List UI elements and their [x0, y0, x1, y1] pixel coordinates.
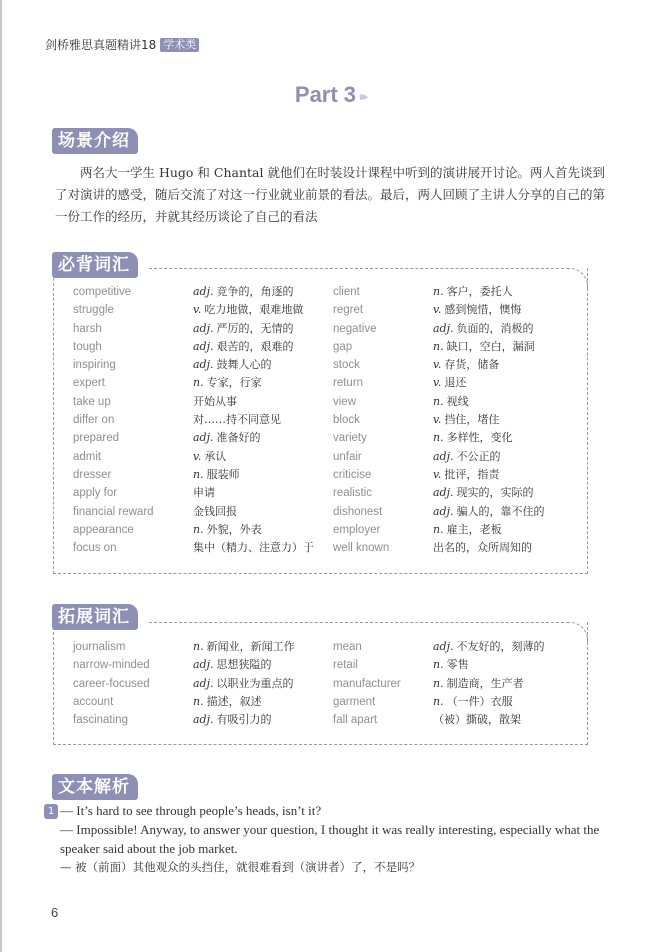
vocab-definition: adj.思想狭隘的 [193, 656, 333, 674]
vocab-word: manufacturer [333, 675, 433, 693]
definition-text: 雇主，老板 [447, 523, 502, 536]
vocab-word: journalism [73, 638, 193, 656]
vocab-word: stock [333, 356, 433, 374]
vocab-word: take up [73, 393, 193, 411]
definition-text: 外貌，外表 [207, 523, 262, 536]
definition-text: 视线 [447, 395, 469, 408]
definition-text: 开始从事 [193, 395, 237, 408]
vocab-definition: adj.竞争的，角逐的 [193, 283, 333, 301]
vocab-word: retail [333, 656, 433, 674]
part-of-speech: n. [433, 431, 444, 444]
part-of-speech: n. [193, 695, 204, 708]
vocab-definition: adj.准备好的 [193, 429, 333, 447]
part-of-speech: adj. [193, 677, 214, 690]
page-edge [0, 0, 2, 952]
running-head: 剑桥雅思真题精讲18 学术类 [45, 36, 199, 53]
vocab-definition: 出名的，众所周知的 [433, 539, 583, 557]
definition-text: 集中（精力、注意力）于 [193, 541, 314, 554]
part-of-speech: adj. [433, 486, 454, 499]
vocab-definition: n.外貌，外表 [193, 521, 333, 539]
part-of-speech: v. [433, 358, 441, 371]
vocab-definition: adj.负面的，消极的 [433, 320, 583, 338]
part-of-speech: v. [193, 303, 201, 316]
definition-text: 服装师 [207, 468, 240, 481]
vocab-word: career-focused [73, 675, 193, 693]
vocab-definition: n.多样性，变化 [433, 429, 583, 447]
definition-text: 出名的，众所周知的 [433, 541, 532, 554]
vocab-definition: 集中（精力、注意力）于 [193, 539, 333, 557]
definition-text: 客户，委托人 [447, 285, 513, 298]
vocab-definition: n.描述，叙述 [193, 693, 333, 711]
double-arrow-icon: ▸▸ [360, 91, 365, 103]
vocab-definition: n.缺口，空白，漏洞 [433, 338, 583, 356]
definition-text: 零售 [447, 658, 469, 671]
vocab-definition: 金钱回报 [193, 503, 333, 521]
vocab-word: fascinating [73, 711, 193, 729]
vocab-definition: n.专家，行家 [193, 374, 333, 392]
core-vocab-list: competitiveadj.竞争的，角逐的clientn.客户，委托人stru… [73, 283, 583, 557]
vocab-definition: adj.有吸引力的 [193, 711, 333, 729]
definition-text: 准备好的 [217, 431, 261, 444]
part-of-speech: v. [433, 303, 441, 316]
vocab-word: differ on [73, 411, 193, 429]
part-of-speech: adj. [193, 431, 214, 444]
vocab-word: struggle [73, 301, 193, 319]
vocab-definition: n.新闻业，新闻工作 [193, 638, 333, 656]
vocab-word: competitive [73, 283, 193, 301]
vocab-word: criticise [333, 466, 433, 484]
vocab-definition: n.服装师 [193, 466, 333, 484]
analysis-text: — It’s hard to see through people’s head… [60, 801, 612, 877]
vocab-definition: v.承认 [193, 448, 333, 466]
part-title-text: Part 3 [295, 82, 356, 107]
book-title: 剑桥雅思真题精讲18 [45, 36, 156, 53]
part-of-speech: n. [433, 677, 444, 690]
vocab-word: fall apart [333, 711, 433, 729]
vocab-word: inspiring [73, 356, 193, 374]
definition-text: 新闻业，新闻工作 [207, 640, 295, 653]
vocab-definition: n.视线 [433, 393, 583, 411]
vocab-word: variety [333, 429, 433, 447]
vocab-definition: adj.鼓舞人心的 [193, 356, 333, 374]
part-of-speech: v. [433, 468, 441, 481]
vocab-word: unfair [333, 448, 433, 466]
vocab-definition: v.存货，储备 [433, 356, 583, 374]
part-of-speech: n. [433, 395, 444, 408]
definition-text: 负面的，消极的 [457, 322, 534, 335]
definition-text: 制造商，生产者 [447, 677, 524, 690]
analysis-line-2: — Impossible! Anyway, to answer your que… [60, 820, 612, 858]
part-of-speech: n. [433, 285, 444, 298]
vocab-definition: adj.不友好的，刻薄的 [433, 638, 583, 656]
definition-text: 感到惋惜，懊悔 [444, 303, 521, 316]
vocab-definition: v.感到惋惜，懊悔 [433, 301, 583, 319]
vocab-word: harsh [73, 320, 193, 338]
definition-text: 存货，储备 [444, 358, 499, 371]
analysis-translation: — 被（前面）其他观众的头挡住，就很难看到（演讲者）了，不是吗？ [60, 858, 612, 877]
definition-text: 艰苦的，艰难的 [217, 340, 294, 353]
vocab-word: garment [333, 693, 433, 711]
vocab-word: expert [73, 374, 193, 392]
item-number-badge: 1 [44, 804, 58, 819]
vocab-word: apply for [73, 484, 193, 502]
definition-text: 描述，叙述 [207, 695, 262, 708]
definition-text: 竞争的，角逐的 [217, 285, 294, 298]
vocab-word: regret [333, 301, 433, 319]
part-of-speech: n. [193, 468, 204, 481]
intro-heading: 场景介绍 [52, 128, 138, 154]
vocab-definition: n.雇主，老板 [433, 521, 583, 539]
vocab-word: mean [333, 638, 433, 656]
part-of-speech: adj. [433, 640, 454, 653]
part-of-speech: adj. [193, 285, 214, 298]
vocab-definition: adj.严厉的，无情的 [193, 320, 333, 338]
definition-text: 缺口，空白，漏洞 [447, 340, 535, 353]
vocab-word: prepared [73, 429, 193, 447]
vocab-definition: （被）撕破，散架 [433, 711, 583, 729]
definition-text: （一件）衣服 [447, 695, 513, 708]
definition-text: 退还 [444, 376, 466, 389]
vocab-definition: v.吃力地做，艰难地做 [193, 301, 333, 319]
vocab-word: employer [333, 521, 433, 539]
definition-text: 批评，指责 [444, 468, 499, 481]
vocab-word: realistic [333, 484, 433, 502]
definition-text: 金钱回报 [193, 505, 237, 518]
definition-text: 鼓舞人心的 [217, 358, 272, 371]
definition-text: 专家，行家 [207, 376, 262, 389]
vocab-word: client [333, 283, 433, 301]
part-of-speech: adj. [193, 340, 214, 353]
vocab-definition: n.（一件）衣服 [433, 693, 583, 711]
vocab-definition: v.批评，指责 [433, 466, 583, 484]
vocab-word: account [73, 693, 193, 711]
vocab-definition: n.零售 [433, 656, 583, 674]
part-of-speech: v. [433, 413, 441, 426]
definition-text: （被）撕破，散架 [433, 713, 521, 726]
part-title: Part 3▸▸ [0, 82, 660, 108]
part-of-speech: adj. [193, 713, 214, 726]
part-of-speech: n. [193, 640, 204, 653]
definition-text: 严厉的，无情的 [217, 322, 294, 335]
vocab-word: well known [333, 539, 433, 557]
vocab-word: admit [73, 448, 193, 466]
vocab-definition: 申请 [193, 484, 333, 502]
vocab-definition: n.客户，委托人 [433, 283, 583, 301]
vocab-definition: adj.骗人的，靠不住的 [433, 503, 583, 521]
vocab-word: return [333, 374, 433, 392]
vocab-definition: n.制造商，生产者 [433, 675, 583, 693]
vocab-word: focus on [73, 539, 193, 557]
analysis-line-1: — It’s hard to see through people’s head… [60, 801, 612, 820]
part-of-speech: adj. [193, 658, 214, 671]
definition-text: 对……持不同意见 [193, 413, 281, 426]
vocab-word: narrow-minded [73, 656, 193, 674]
definition-text: 不公正的 [457, 450, 501, 463]
vocab-definition: adj.以职业为重点的 [193, 675, 333, 693]
vocab-word: financial reward [73, 503, 193, 521]
vocab-definition: adj.艰苦的，艰难的 [193, 338, 333, 356]
part-of-speech: adj. [433, 505, 454, 518]
vocab-word: tough [73, 338, 193, 356]
definition-text: 骗人的，靠不住的 [457, 505, 545, 518]
ext-vocab-list: journalismn.新闻业，新闻工作meanadj.不友好的，刻薄的narr… [73, 638, 583, 729]
vocab-word: view [333, 393, 433, 411]
category-tag: 学术类 [160, 38, 199, 52]
vocab-definition: v.退还 [433, 374, 583, 392]
part-of-speech: n. [193, 376, 204, 389]
part-of-speech: adj. [433, 450, 454, 463]
vocab-word: block [333, 411, 433, 429]
definition-text: 申请 [193, 486, 215, 499]
vocab-definition: v.挡住，堵住 [433, 411, 583, 429]
definition-text: 以职业为重点的 [217, 677, 294, 690]
vocab-word: appearance [73, 521, 193, 539]
definition-text: 思想狭隘的 [217, 658, 272, 671]
part-of-speech: adj. [193, 322, 214, 335]
vocab-definition: 对……持不同意见 [193, 411, 333, 429]
vocab-definition: adj.现实的，实际的 [433, 484, 583, 502]
part-of-speech: n. [193, 523, 204, 536]
part-of-speech: n. [433, 340, 444, 353]
part-of-speech: n. [433, 523, 444, 536]
part-of-speech: v. [433, 376, 441, 389]
vocab-word: negative [333, 320, 433, 338]
intro-paragraph: 两名大一学生 Hugo 和 Chantal 就他们在时装设计课程中听到的演讲展开… [55, 162, 607, 228]
part-of-speech: adj. [433, 322, 454, 335]
vocab-word: dishonest [333, 503, 433, 521]
definition-text: 吃力地做，艰难地做 [204, 303, 303, 316]
part-of-speech: n. [433, 658, 444, 671]
vocab-definition: adj.不公正的 [433, 448, 583, 466]
definition-text: 有吸引力的 [217, 713, 272, 726]
part-of-speech: v. [193, 450, 201, 463]
vocab-word: dresser [73, 466, 193, 484]
definition-text: 承认 [204, 450, 226, 463]
part-of-speech: n. [433, 695, 444, 708]
definition-text: 挡住，堵住 [444, 413, 499, 426]
definition-text: 现实的，实际的 [457, 486, 534, 499]
definition-text: 不友好的，刻薄的 [457, 640, 545, 653]
analysis-heading: 文本解析 [52, 774, 138, 800]
vocab-definition: 开始从事 [193, 393, 333, 411]
part-of-speech: adj. [193, 358, 214, 371]
definition-text: 多样性，变化 [447, 431, 513, 444]
vocab-word: gap [333, 338, 433, 356]
page-number: 6 [51, 905, 58, 920]
